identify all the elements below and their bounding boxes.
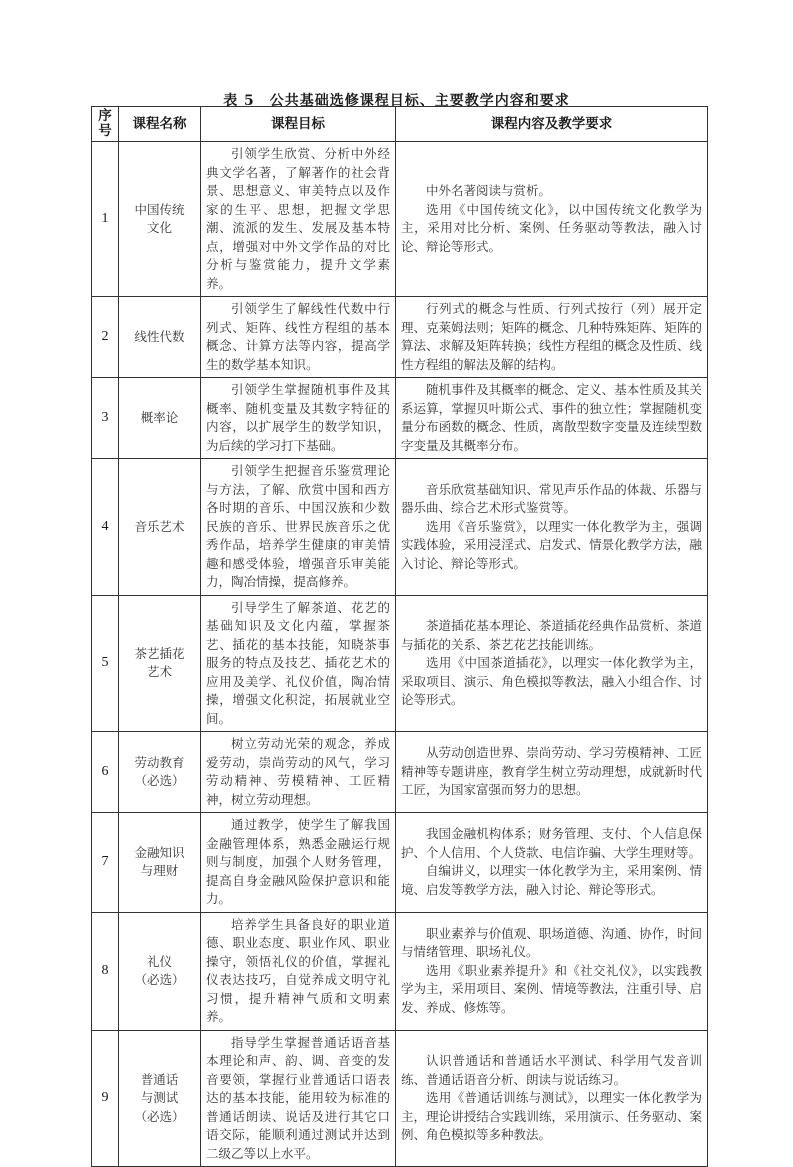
course-content-paragraph: 认识普通话和普通话水平测试、科学用气发音训练、普通话语音分析、朗读与说话练习。 xyxy=(401,1052,702,1089)
course-name-line: 艺术 xyxy=(124,663,195,682)
course-content-paragraph: 自编讲义，以理实一体化教学为主，采用案例、情境、启发等教学方法，融入讨论、辩论等… xyxy=(401,862,702,899)
course-goal: 引导学生了解茶道、花艺的基础知识及文化内蕴，掌握茶艺、插花的基本技能，知晓茶事服… xyxy=(201,595,396,732)
course-goal-paragraph: 通过教学，使学生了解我国金融管理体系，熟悉金融运行规则与制度，加强个人财务管理，… xyxy=(206,816,390,909)
course-name: 普通话与测试（必选） xyxy=(119,1030,201,1167)
course-goal: 引领学生欣赏、分析中外经典文学名著，了解著作的社会背景、思想意义、审美特点以及作… xyxy=(201,142,396,297)
table-row: 5茶艺插花艺术引导学生了解茶道、花艺的基础知识及文化内蕴，掌握茶艺、插花的基本技… xyxy=(92,595,708,732)
course-content: 从劳动创造世界、崇尚劳动、学习劳模精神、工匠精神等专题讲座，教育学生树立劳动理想… xyxy=(396,732,708,813)
header-course-content: 课程内容及教学要求 xyxy=(396,107,708,142)
course-content: 随机事件及其概率的概念、定义、基本性质及其关系运算，掌握贝叶斯公式、事件的独立性… xyxy=(396,378,708,459)
row-number: 7 xyxy=(92,813,119,913)
course-goal: 树立劳动光荣的观念，养成爱劳动，崇尚劳动的风气，学习劳动精神、劳模精神、工匠精神… xyxy=(201,732,396,813)
course-content-paragraph: 职业素养与价值观、职场道德、沟通、协作，时间与情绪管理、职场礼仪。 xyxy=(401,925,702,962)
header-course-goal: 课程目标 xyxy=(201,107,396,142)
course-goal-paragraph: 指导学生掌握普通话语音基本理论和声、韵、调、音变的发音要领，掌握行业普通话口语表… xyxy=(206,1034,390,1164)
row-number: 9 xyxy=(92,1030,119,1167)
course-goal: 引领学生掌握随机事件及其概率、随机变量及其数字特征的内容，以扩展学生的数学知识，… xyxy=(201,378,396,459)
table-row: 8礼仪（必选）培养学生具备良好的职业道德、职业态度、职业作风、职业操守，领悟礼仪… xyxy=(92,912,708,1030)
course-name: 茶艺插花艺术 xyxy=(119,595,201,732)
table-row: 9普通话与测试（必选）指导学生掌握普通话语音基本理论和声、韵、调、音变的发音要领… xyxy=(92,1030,708,1167)
course-name: 金融知识与理财 xyxy=(119,813,201,913)
course-goal-paragraph: 引领学生把握音乐鉴赏理论与方法，了解、欣赏中国和西方各时期的音乐、中国汉族和少数… xyxy=(206,462,390,592)
course-name-line: 劳动教育 xyxy=(124,754,195,773)
course-table: 序号 课程名称 课程目标 课程内容及教学要求 1中国传统文化引领学生欣赏、分析中… xyxy=(91,106,708,1167)
course-content-paragraph: 选用《中国茶道插花》，以理实一体化教学为主，采取项目、演示、角色模拟等教法，融入… xyxy=(401,654,702,710)
course-content-paragraph: 茶道插花基本理论、茶道插花经典作品赏析、茶道与插花的关系、茶艺花艺技能训练。 xyxy=(401,617,702,654)
course-name: 概率论 xyxy=(119,378,201,459)
course-content: 中外名著阅读与赏析。选用《中国传统文化》，以中国传统文化教学为主，采用对比分析、… xyxy=(396,142,708,297)
course-name-line: 与理财 xyxy=(124,862,195,881)
table-row: 4音乐艺术引领学生把握音乐鉴赏理论与方法，了解、欣赏中国和西方各时期的音乐、中国… xyxy=(92,459,708,596)
course-content-paragraph: 我国金融机构体系；财务管理、支付、个人信息保护、个人信用、个人贷款、电信诈骗、大… xyxy=(401,825,702,862)
row-number: 8 xyxy=(92,912,119,1030)
course-content-paragraph: 行列式的概念与性质、行列式按行（列）展开定理、克莱姆法则；矩阵的概念、几种特殊矩… xyxy=(401,300,702,374)
table-header-row: 序号 课程名称 课程目标 课程内容及教学要求 xyxy=(92,107,708,142)
course-name-line: 与测试 xyxy=(124,1089,195,1108)
course-content: 音乐欣赏基础知识、常见声乐作品的体裁、乐器与器乐曲、综合艺术形式鉴赏等。选用《音… xyxy=(396,459,708,596)
row-number: 6 xyxy=(92,732,119,813)
course-name: 音乐艺术 xyxy=(119,459,201,596)
course-goal: 引领学生了解线性代数中行列式、矩阵、线性方程组的基本概念、计算方法等内容，提高学… xyxy=(201,297,396,378)
course-goal: 指导学生掌握普通话语音基本理论和声、韵、调、音变的发音要领，掌握行业普通话口语表… xyxy=(201,1030,396,1167)
course-name-line: （必选） xyxy=(124,1108,195,1127)
course-name-line: 茶艺插花 xyxy=(124,645,195,664)
row-number: 2 xyxy=(92,297,119,378)
table-row: 6劳动教育（必选）树立劳动光荣的观念，养成爱劳动，崇尚劳动的风气，学习劳动精神、… xyxy=(92,732,708,813)
course-content-paragraph: 随机事件及其概率的概念、定义、基本性质及其关系运算，掌握贝叶斯公式、事件的独立性… xyxy=(401,381,702,455)
course-name-line: 音乐艺术 xyxy=(124,518,195,537)
course-content: 我国金融机构体系；财务管理、支付、个人信息保护、个人信用、个人贷款、电信诈骗、大… xyxy=(396,813,708,913)
course-name-line: 文化 xyxy=(124,219,195,238)
course-content: 职业素养与价值观、职场道德、沟通、协作，时间与情绪管理、职场礼仪。选用《职业素养… xyxy=(396,912,708,1030)
header-course-name: 课程名称 xyxy=(119,107,201,142)
course-goal-paragraph: 引领学生欣赏、分析中外经典文学名著，了解著作的社会背景、思想意义、审美特点以及作… xyxy=(206,145,390,293)
row-number: 4 xyxy=(92,459,119,596)
course-name-line: （必选） xyxy=(124,772,195,791)
course-goal-paragraph: 引领学生掌握随机事件及其概率、随机变量及其数字特征的内容，以扩展学生的数学知识，… xyxy=(206,381,390,455)
course-name: 线性代数 xyxy=(119,297,201,378)
course-goal: 引领学生把握音乐鉴赏理论与方法，了解、欣赏中国和西方各时期的音乐、中国汉族和少数… xyxy=(201,459,396,596)
course-name-line: 线性代数 xyxy=(124,328,195,347)
course-content: 茶道插花基本理论、茶道插花经典作品赏析、茶道与插花的关系、茶艺花艺技能训练。选用… xyxy=(396,595,708,732)
course-goal-paragraph: 引领学生了解线性代数中行列式、矩阵、线性方程组的基本概念、计算方法等内容，提高学… xyxy=(206,300,390,374)
course-goal-paragraph: 树立劳动光荣的观念，养成爱劳动，崇尚劳动的风气，学习劳动精神、劳模精神、工匠精神… xyxy=(206,735,390,809)
table-row: 3概率论引领学生掌握随机事件及其概率、随机变量及其数字特征的内容，以扩展学生的数… xyxy=(92,378,708,459)
course-content-paragraph: 选用《职业素养提升》和《社交礼仪》，以实践教学为主，采用项目、案例、情境等教法，… xyxy=(401,962,702,1018)
row-number: 3 xyxy=(92,378,119,459)
course-content-paragraph: 从劳动创造世界、崇尚劳动、学习劳模精神、工匠精神等专题讲座，教育学生树立劳动理想… xyxy=(401,744,702,800)
course-name-line: 普通话 xyxy=(124,1071,195,1090)
course-content: 认识普通话和普通话水平测试、科学用气发音训练、普通话语音分析、朗读与说话练习。选… xyxy=(396,1030,708,1167)
course-goal-paragraph: 培养学生具备良好的职业道德、职业态度、职业作风、职业操守，领悟礼仪的价值，掌握礼… xyxy=(206,916,390,1027)
course-name: 中国传统文化 xyxy=(119,142,201,297)
table-row: 7金融知识与理财通过教学，使学生了解我国金融管理体系，熟悉金融运行规则与制度，加… xyxy=(92,813,708,913)
course-content-paragraph: 选用《中国传统文化》，以中国传统文化教学为主，采用对比分析、案例、任务驱动等教法… xyxy=(401,201,702,257)
table-body: 1中国传统文化引领学生欣赏、分析中外经典文学名著，了解著作的社会背景、思想意义、… xyxy=(92,142,708,1167)
course-content-paragraph: 中外名著阅读与赏析。 xyxy=(401,182,702,201)
course-name: 劳动教育（必选） xyxy=(119,732,201,813)
course-goal-paragraph: 引导学生了解茶道、花艺的基础知识及文化内蕴，掌握茶艺、插花的基本技能，知晓茶事服… xyxy=(206,599,390,729)
course-name-line: 概率论 xyxy=(124,409,195,428)
course-name-line: （必选） xyxy=(124,971,195,990)
course-goal: 通过教学，使学生了解我国金融管理体系，熟悉金融运行规则与制度，加强个人财务管理，… xyxy=(201,813,396,913)
course-goal: 培养学生具备良好的职业道德、职业态度、职业作风、职业操守，领悟礼仪的价值，掌握礼… xyxy=(201,912,396,1030)
course-name-line: 金融知识 xyxy=(124,844,195,863)
course-content-paragraph: 选用《音乐鉴赏》，以理实一体化教学为主，强调实践体验，采用浸淫式、启发式、情景化… xyxy=(401,518,702,574)
table-row: 2线性代数引领学生了解线性代数中行列式、矩阵、线性方程组的基本概念、计算方法等内… xyxy=(92,297,708,378)
course-content-paragraph: 选用《普通话训练与测试》，以理实一体化教学为主，理论讲授结合实践训练，采用演示、… xyxy=(401,1089,702,1145)
course-name-line: 礼仪 xyxy=(124,953,195,972)
row-number: 5 xyxy=(92,595,119,732)
course-name: 礼仪（必选） xyxy=(119,912,201,1030)
course-content-paragraph: 音乐欣赏基础知识、常见声乐作品的体裁、乐器与器乐曲、综合艺术形式鉴赏等。 xyxy=(401,481,702,518)
row-number: 1 xyxy=(92,142,119,297)
header-no: 序号 xyxy=(92,107,119,142)
course-content: 行列式的概念与性质、行列式按行（列）展开定理、克莱姆法则；矩阵的概念、几种特殊矩… xyxy=(396,297,708,378)
table-row: 1中国传统文化引领学生欣赏、分析中外经典文学名著，了解著作的社会背景、思想意义、… xyxy=(92,142,708,297)
course-name-line: 中国传统 xyxy=(124,201,195,220)
